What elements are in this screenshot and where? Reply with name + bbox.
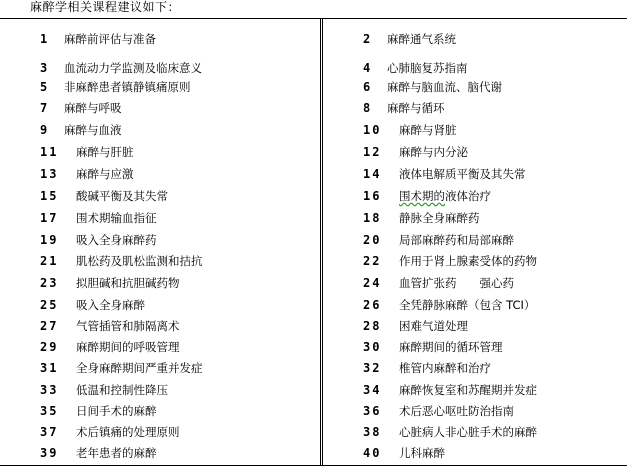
course-title: 酸碱平衡及其失常 [76,188,168,204]
course-number: 6 [363,79,372,95]
course-title: 麻醉前评估与准备 [64,31,156,47]
course-number: 15 [40,188,58,204]
course-number: 8 [363,100,372,116]
course-number: 1 [40,31,49,47]
course-number: 29 [40,339,58,355]
course-number: 4 [363,60,372,76]
course-title: 椎管内麻醉和治疗 [399,360,491,376]
course-number: 36 [363,403,381,419]
course-number: 5 [40,79,49,95]
course-title: 麻醉期间的循环管理 [399,339,503,355]
column-divider-left [320,18,321,465]
course-number: 11 [40,144,58,160]
course-number: 31 [40,360,58,376]
course-number: 13 [40,166,58,182]
course-number: 30 [363,339,381,355]
course-title-rest: 液体治疗 [445,189,491,203]
course-title: 老年患者的麻醉 [76,445,157,461]
course-title: 围术期的液体治疗 [399,188,491,204]
course-title: 静脉全身麻醉药 [399,210,480,226]
course-title: 麻醉与循环 [387,100,445,116]
course-number: 10 [363,122,381,138]
course-number: 26 [363,297,381,313]
course-title: 拟胆碱和抗胆碱药物 [76,275,180,291]
course-title: 麻醉与肝脏 [76,144,134,160]
course-title: 麻醉恢复室和苏醒期并发症 [399,382,537,398]
course-number: 35 [40,403,58,419]
table-top-rule [0,18,627,19]
course-number: 20 [363,232,381,248]
course-title: 心脏病人非心脏手术的麻醉 [399,424,537,440]
course-title: 麻醉与血液 [64,122,122,138]
course-title: 血管扩张药 强心药 [399,275,514,291]
course-title: 麻醉与内分泌 [399,144,468,160]
course-number: 17 [40,210,58,226]
course-title: 吸入全身麻醉药 [76,232,157,248]
course-title: 气管插管和肺隔离术 [76,318,180,334]
course-title: 麻醉期间的呼吸管理 [76,339,180,355]
document-heading: 麻醉学相关课程建议如下： [30,0,180,14]
table-bottom-rule [0,465,627,466]
course-number: 7 [40,100,49,116]
course-title: 液体电解质平衡及其失常 [399,166,526,182]
course-title: 麻醉与呼吸 [64,100,122,116]
course-number: 23 [40,275,58,291]
course-number: 19 [40,232,58,248]
course-title: 麻醉通气系统 [387,31,456,47]
course-number: 16 [363,188,381,204]
course-number: 9 [40,122,49,138]
course-title: 日间手术的麻醉 [76,403,157,419]
course-title: 肌松药及肌松监测和拮抗 [76,253,203,269]
course-number: 21 [40,253,58,269]
course-number: 38 [363,424,381,440]
course-title: 吸入全身麻醉 [76,297,145,313]
course-title: 低温和控制性降压 [76,382,168,398]
course-number: 14 [363,166,381,182]
course-title: 围术期输血指征 [76,210,157,226]
course-title: 困难气道处理 [399,318,468,334]
course-title: 麻醉与肾脏 [399,122,457,138]
course-number: 24 [363,275,381,291]
course-title: 术后镇痛的处理原则 [76,424,180,440]
course-title: 儿科麻醉 [399,445,445,461]
course-number: 3 [40,60,49,76]
spellcheck-flagged-text[interactable]: 围术期的 [399,189,445,203]
course-title: 血流动力学监测及临床意义 [64,60,202,76]
course-number: 34 [363,382,381,398]
course-number: 39 [40,445,58,461]
course-title: 局部麻醉药和局部麻醉 [399,232,514,248]
course-title: 非麻醉患者镇静镇痛原则 [64,79,191,95]
course-number: 2 [363,31,372,47]
course-title: 全身麻醉期间严重并发症 [76,360,203,376]
course-number: 37 [40,424,58,440]
course-number: 40 [363,445,381,461]
course-number: 27 [40,318,58,334]
column-divider-right [322,18,323,465]
course-number: 18 [363,210,381,226]
course-number: 22 [363,253,381,269]
course-number: 12 [363,144,381,160]
course-number: 33 [40,382,58,398]
course-title: 麻醉与应激 [76,166,134,182]
course-title: 心肺脑复苏指南 [387,60,468,76]
course-number: 25 [40,297,58,313]
course-title: 全凭静脉麻醉（包含 TCI） [399,297,535,313]
course-number: 28 [363,318,381,334]
course-title: 麻醉与脑血流、脑代谢 [387,79,502,95]
course-title: 作用于肾上腺素受体的药物 [399,253,537,269]
course-title: 术后恶心呕吐防治指南 [399,403,514,419]
course-number: 32 [363,360,381,376]
